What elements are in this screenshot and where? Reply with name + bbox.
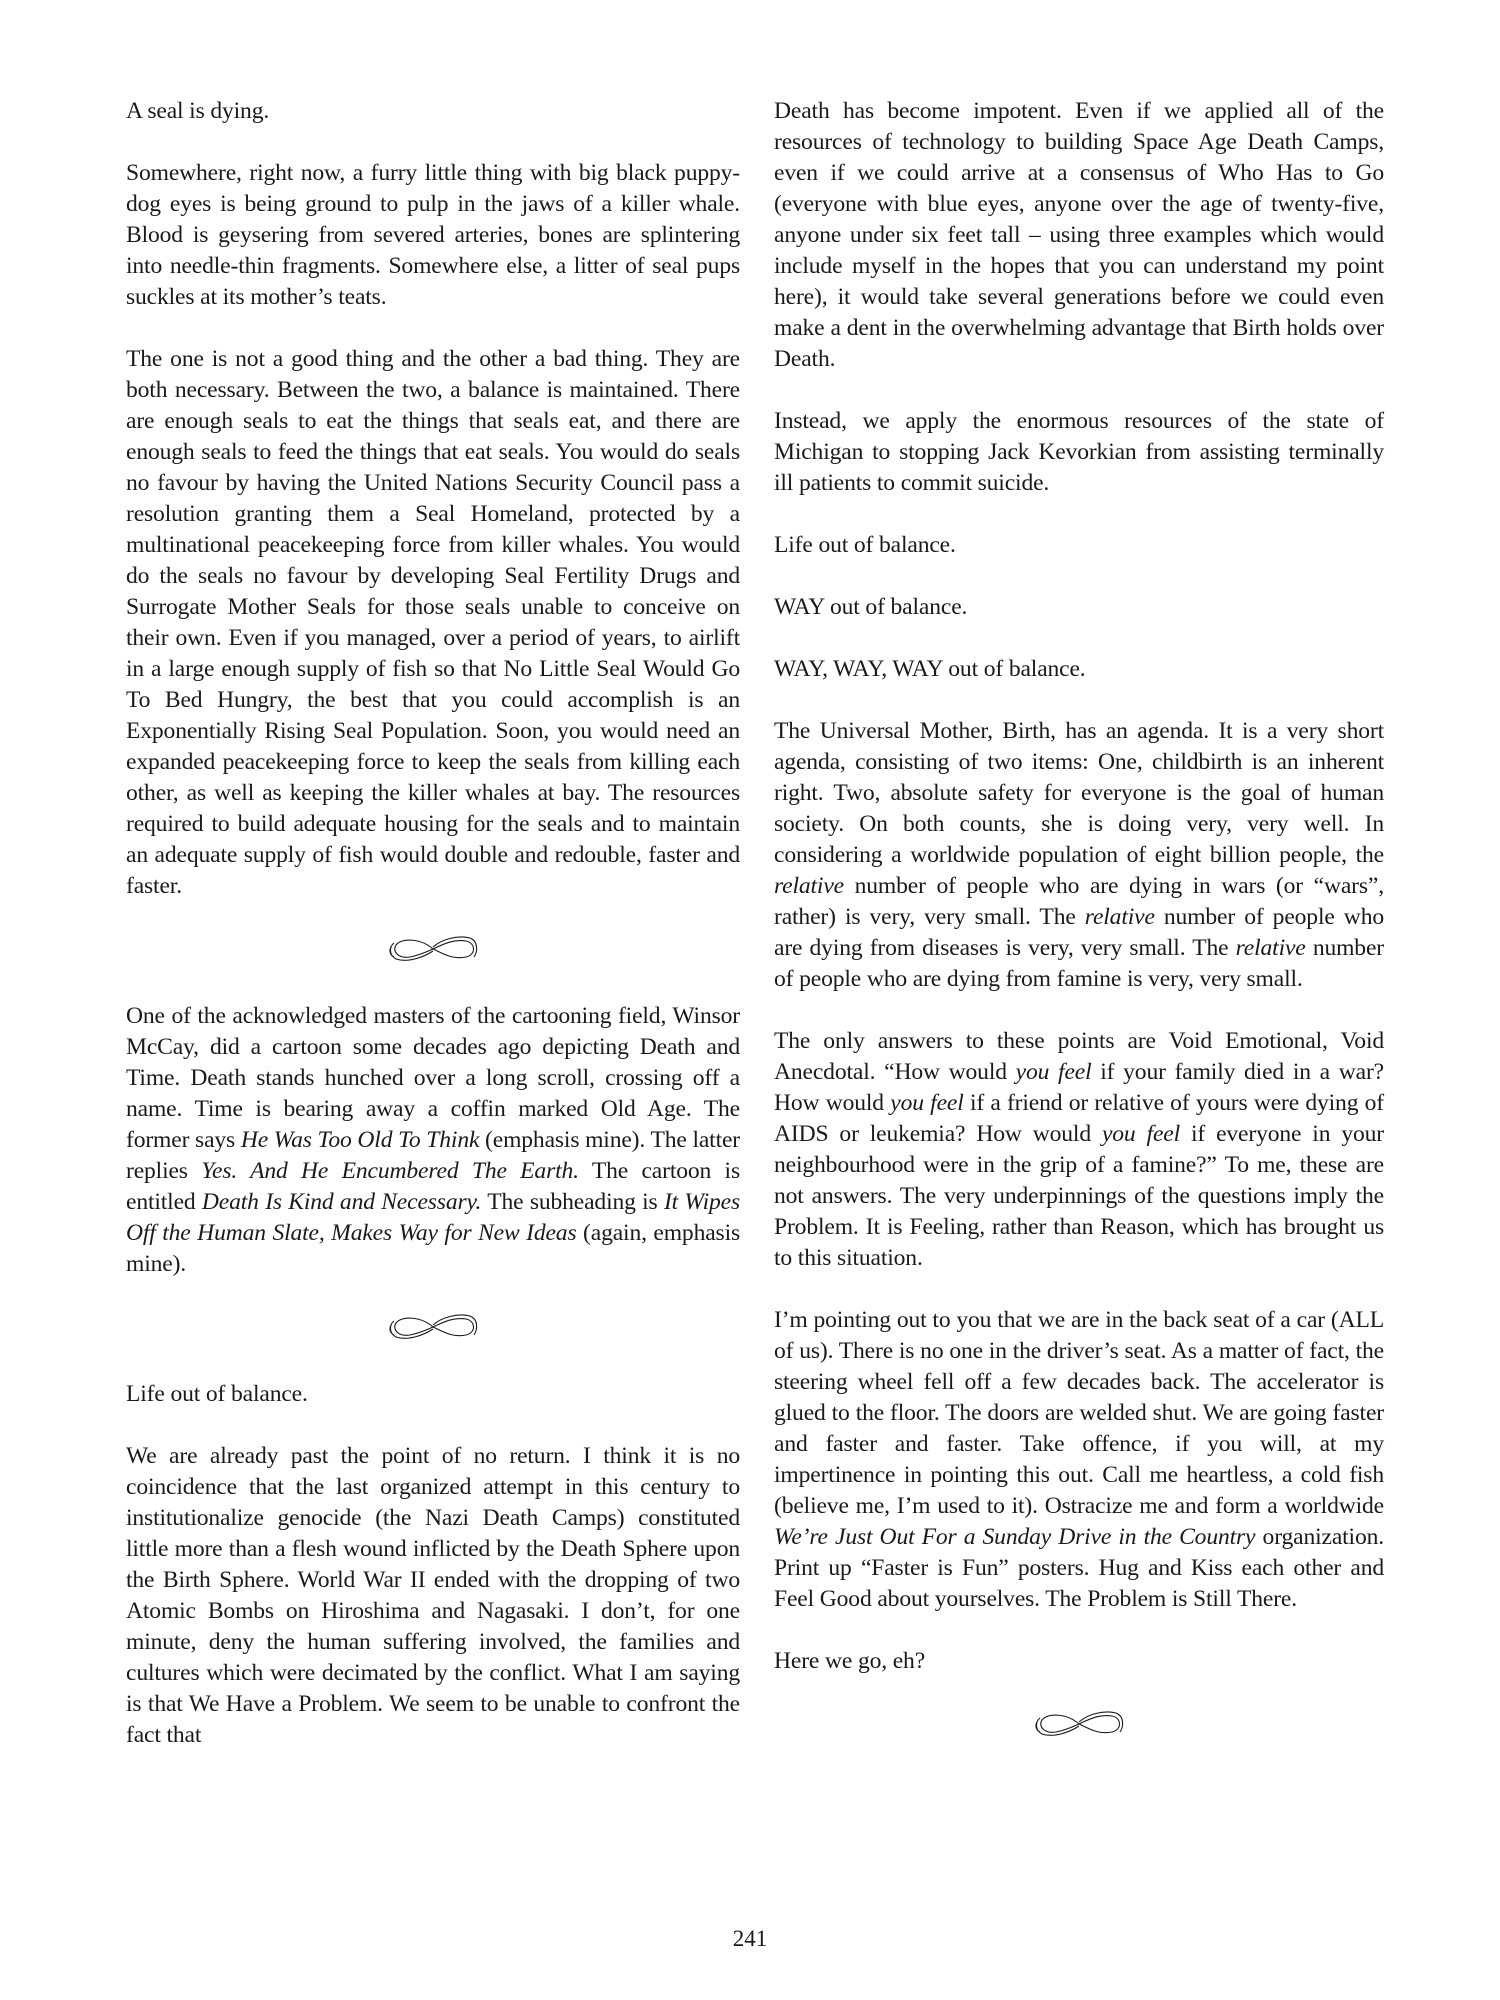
page-number: 241 <box>0 1926 1500 1952</box>
section-break-ornament <box>774 1708 1384 1742</box>
paragraph: Life out of balance. <box>774 530 1384 561</box>
paragraph: Somewhere, right now, a furry little thi… <box>126 158 740 313</box>
cartoon-title: Death Is Kind and Necessary. <box>202 1189 481 1215</box>
paragraph: WAY, WAY, WAY out of balance. <box>774 654 1384 685</box>
paragraph: One of the acknowledged masters of the c… <box>126 1001 740 1280</box>
paragraph: The only answers to these points are Voi… <box>774 1026 1384 1274</box>
emphasis: relative <box>774 873 844 899</box>
emphasis: relative <box>1085 904 1155 930</box>
paragraph: The Universal Mother, Birth, has an agen… <box>774 716 1384 995</box>
left-column: A seal is dying. Somewhere, right now, a… <box>126 96 740 1751</box>
section-break-ornament <box>126 933 740 967</box>
infinity-flourish-icon <box>386 1311 480 1343</box>
emphasis: Yes. And He Encumbered The Earth. <box>201 1158 579 1184</box>
section-break-ornament <box>126 1311 740 1345</box>
paragraph: I’m pointing out to you that we are in t… <box>774 1305 1384 1615</box>
emphasis: you feel <box>890 1090 963 1116</box>
paragraph: We are already past the point of no retu… <box>126 1441 740 1751</box>
emphasis: you feel <box>1016 1059 1092 1085</box>
infinity-flourish-icon <box>386 933 480 965</box>
right-column: Death has become impotent. Even if we ap… <box>774 96 1384 1776</box>
emphasis: you feel <box>1102 1121 1180 1147</box>
paragraph: The one is not a good thing and the othe… <box>126 344 740 902</box>
infinity-flourish-icon <box>1032 1708 1126 1740</box>
emphasis: relative <box>1236 935 1306 961</box>
emphasis: He Was Too Old To Think <box>241 1127 479 1153</box>
paragraph: Instead, we apply the enormous resources… <box>774 406 1384 499</box>
paragraph: WAY out of balance. <box>774 592 1384 623</box>
paragraph: Here we go, eh? <box>774 1646 1384 1677</box>
paragraph: A seal is dying. <box>126 96 740 127</box>
paragraph: Life out of balance. <box>126 1379 740 1410</box>
paragraph: Death has become impotent. Even if we ap… <box>774 96 1384 375</box>
organization-name: We’re Just Out For a Sunday Drive in the… <box>774 1524 1255 1550</box>
